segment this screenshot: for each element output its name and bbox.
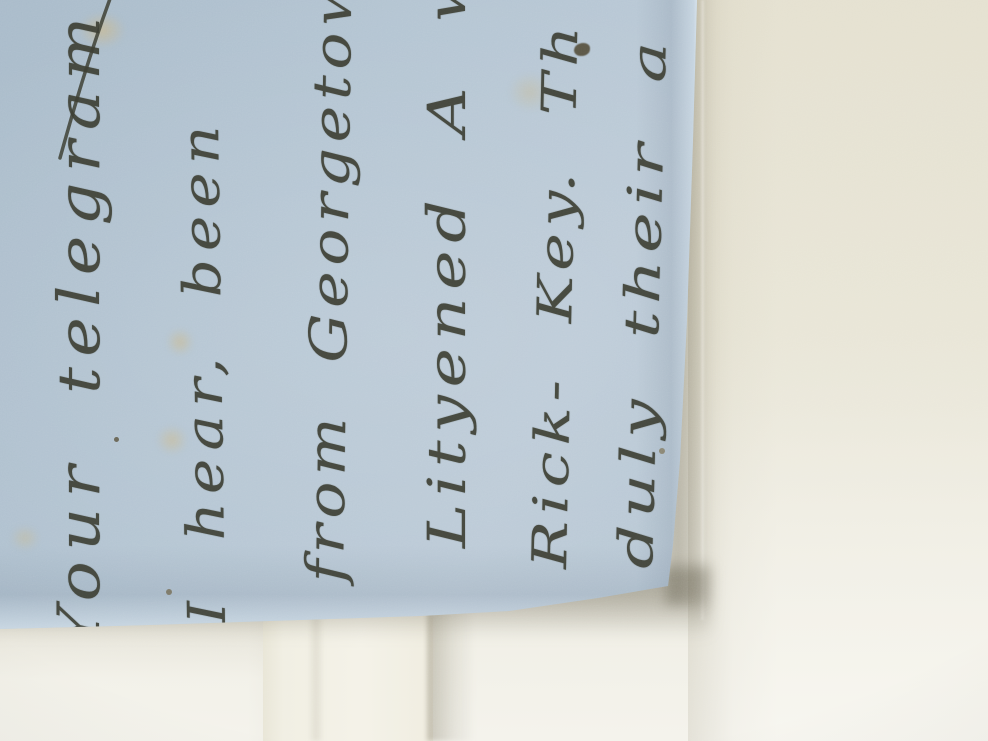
handwriting-line-5: Rick- Key. Th — [526, 19, 585, 569]
handwriting-line-4: Lityened A w — [422, 0, 474, 548]
photo-of-letter: Your telegram I hear, been from Georgeto… — [0, 0, 988, 741]
ink-fleck — [114, 437, 119, 442]
handwriting-line-2: I hear, been — [175, 117, 234, 625]
stain — [10, 525, 40, 551]
handwriting-line-3: from Georgetown — [300, 0, 361, 583]
paper-fleck — [166, 589, 172, 595]
background-right-shading — [688, 0, 988, 741]
handwriting-line-6: duly their a — [612, 34, 674, 569]
handwriting-line-1: Your telegram — [50, 6, 108, 650]
